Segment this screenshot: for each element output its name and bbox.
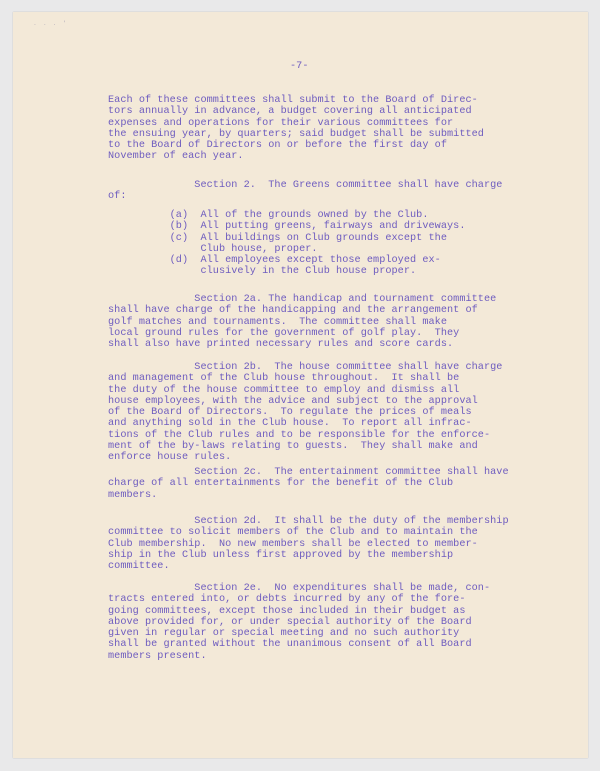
text-line: tions of the Club rules and to be respon…: [108, 430, 502, 441]
list-item-c-cont: Club house, proper.: [108, 244, 465, 255]
list-item-b: (b) All putting greens, fairways and dri…: [108, 221, 465, 232]
margin-marks: . . . ': [34, 20, 68, 27]
text-line: Section 2c. The entertainment committee …: [108, 467, 509, 478]
list-item-d: (d) All employees except those employed …: [108, 255, 465, 266]
paragraph-section-2b: Section 2b. The house committee shall ha…: [108, 362, 502, 464]
text-line: members.: [108, 490, 509, 501]
paragraph-section-2e: Section 2e. No expenditures shall be mad…: [108, 583, 490, 662]
text-line: Section 2d. It shall be the duty of the …: [108, 516, 509, 527]
section-2-list: (a) All of the grounds owned by the Club…: [108, 210, 465, 278]
text-line: shall have charge of the handicapping an…: [108, 305, 496, 316]
list-item-a: (a) All of the grounds owned by the Club…: [108, 210, 465, 221]
text-line: to the Board of Directors on or before t…: [108, 140, 484, 151]
text-line: tracts entered into, or debts incurred b…: [108, 594, 490, 605]
text-line: shall also have printed necessary rules …: [108, 339, 496, 350]
text-line: given in regular or special meeting and …: [108, 628, 490, 639]
text-line: committee.: [108, 561, 509, 572]
text-line: enforce house rules.: [108, 452, 502, 463]
text-line: golf matches and tournaments. The commit…: [108, 317, 496, 328]
text-line: house employees, with the advice and sub…: [108, 396, 502, 407]
paragraph-intro: Each of these committees shall submit to…: [108, 95, 484, 163]
text-line: of the Board of Directors. To regulate t…: [108, 407, 502, 418]
text-line: Club membership. No new members shall be…: [108, 539, 509, 550]
text-line: tors annually in advance, a budget cover…: [108, 106, 484, 117]
text-line: members present.: [108, 651, 490, 662]
text-line: charge of all entertainments for the ben…: [108, 478, 509, 489]
text-line: ship in the Club unless first approved b…: [108, 550, 509, 561]
text-line: ment of the by-laws relating to guests. …: [108, 441, 502, 452]
text-line: the duty of the house committee to emplo…: [108, 385, 502, 396]
text-line: expenses and operations for their variou…: [108, 118, 484, 129]
text-line: above provided for, or under special aut…: [108, 617, 490, 628]
list-item-c: (c) All buildings on Club grounds except…: [108, 233, 465, 244]
text-line: of:: [108, 191, 502, 202]
text-line: the ensuing year, by quarters; said budg…: [108, 129, 484, 140]
paragraph-section-2a: Section 2a. The handicap and tournament …: [108, 294, 496, 350]
paragraph-section-2d: Section 2d. It shall be the duty of the …: [108, 516, 509, 572]
text-line: and management of the Club house through…: [108, 373, 502, 384]
text-line: Section 2a. The handicap and tournament …: [108, 294, 496, 305]
text-line: shall be granted without the unanimous c…: [108, 639, 490, 650]
text-line: and anything sold in the Club house. To …: [108, 418, 502, 429]
text-line: Section 2e. No expenditures shall be mad…: [108, 583, 490, 594]
text-line: November of each year.: [108, 151, 484, 162]
text-line: Each of these committees shall submit to…: [108, 95, 484, 106]
text-line: Section 2. The Greens committee shall ha…: [108, 180, 502, 191]
text-line: Section 2b. The house committee shall ha…: [108, 362, 502, 373]
page-number: -7-: [290, 61, 309, 72]
text-line: committee to solicit members of the Club…: [108, 527, 509, 538]
paragraph-section-2: Section 2. The Greens committee shall ha…: [108, 180, 502, 203]
text-line: going committees, except those included …: [108, 606, 490, 617]
list-item-d-cont: clusively in the Club house proper.: [108, 266, 465, 277]
paragraph-section-2c: Section 2c. The entertainment committee …: [108, 467, 509, 501]
text-line: local ground rules for the government of…: [108, 328, 496, 339]
